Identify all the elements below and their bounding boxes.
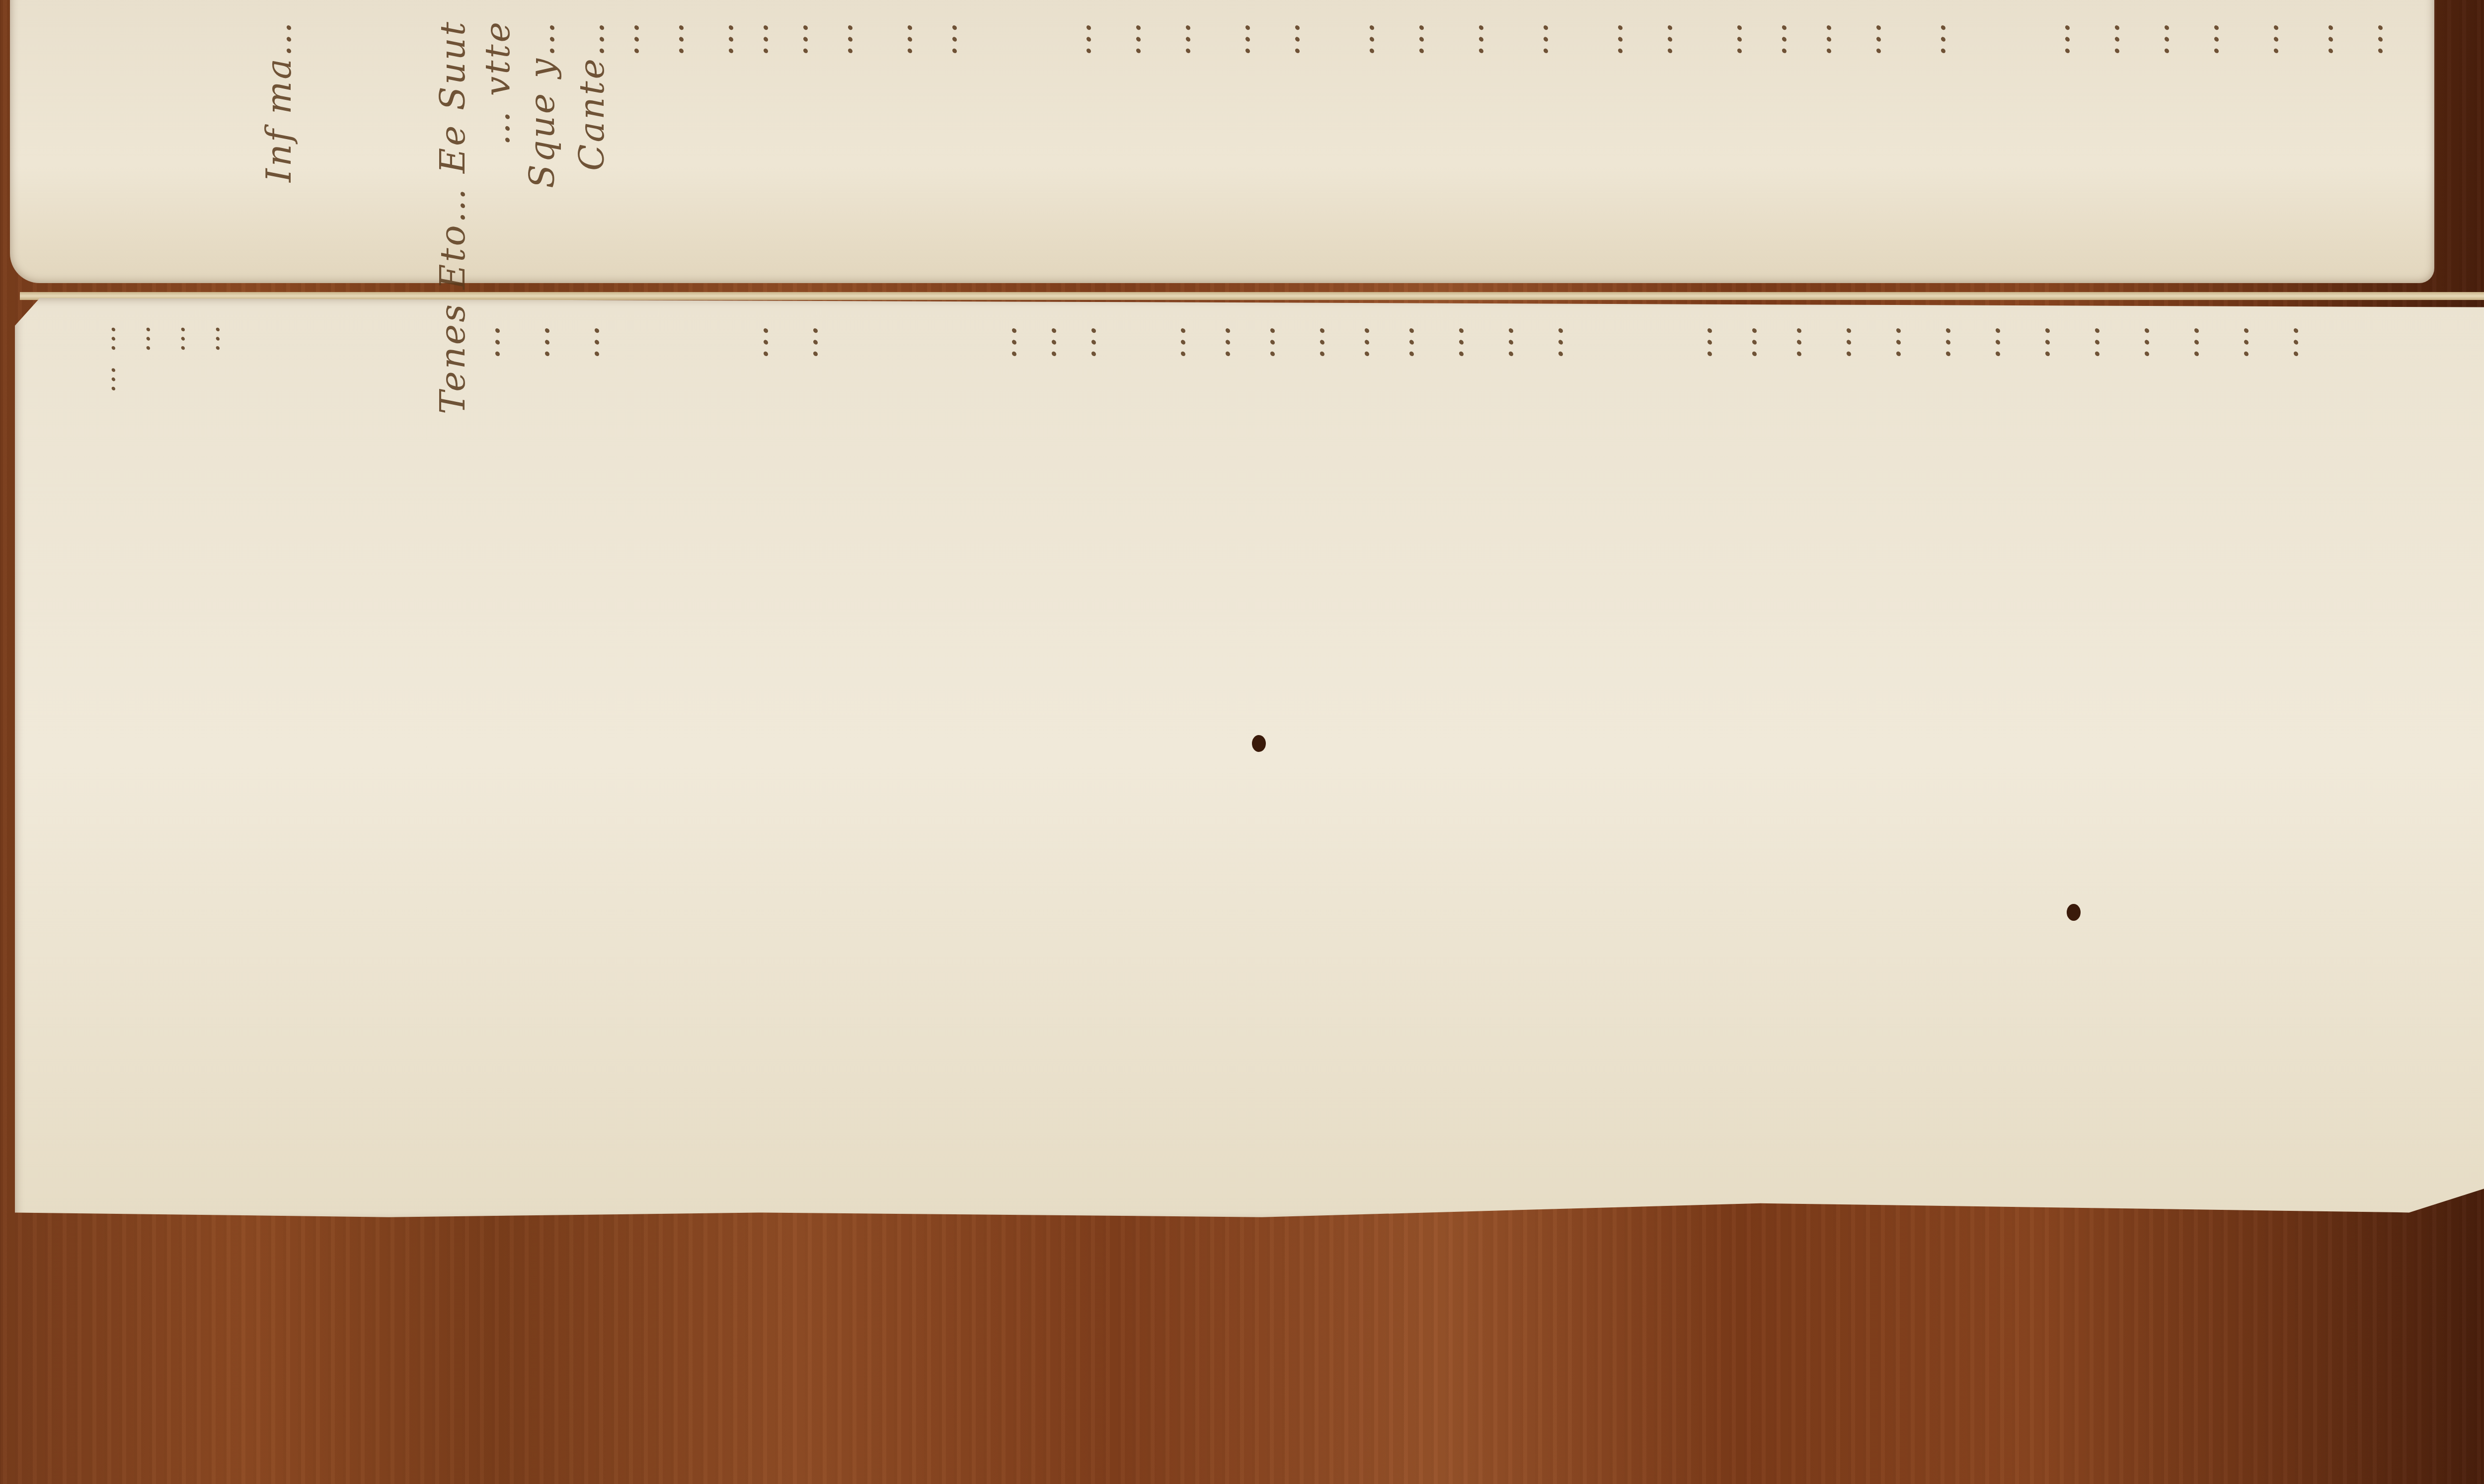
handwritten-line: …: [775, 20, 816, 57]
handwritten-line: …: [517, 323, 557, 360]
handwritten-line: …: [1153, 323, 1193, 360]
handwritten-line: …: [1158, 20, 1198, 57]
handwritten-line: …: [1242, 323, 1283, 360]
handwritten-line: …: [1058, 20, 1099, 57]
handwritten-line: …: [1451, 20, 1491, 57]
handwritten-line: …: [1967, 323, 2008, 360]
handwritten-line: …: [820, 20, 860, 57]
handwritten-line: …: [2186, 20, 2227, 57]
handwritten-line: Sque y…: [522, 20, 562, 188]
handwritten-line: …: [1341, 20, 1382, 57]
handwritten-line: …: [2350, 20, 2391, 57]
worm-hole: [2067, 904, 2081, 921]
handwritten-line: …: [2087, 20, 2127, 57]
manuscript-main-sheet: [15, 298, 2484, 1222]
handwritten-line: …: [2017, 323, 2058, 360]
handwritten-line: …: [467, 323, 508, 360]
handwritten-line: …: [2136, 20, 2177, 57]
handwritten-line: …: [735, 323, 776, 360]
handwritten-line: …: [1108, 20, 1149, 57]
handwritten-line: …: [1217, 20, 1258, 57]
handwritten-line: …: [1515, 20, 1556, 57]
handwritten-line: …: [606, 20, 647, 57]
handwritten-line: …: [2116, 323, 2157, 360]
handwritten-line: …: [1818, 323, 1859, 360]
handwritten-line: …: [785, 323, 826, 360]
handwritten-line: …: [194, 323, 226, 353]
handwritten-line: …: [2300, 20, 2341, 57]
handwritten-line: … vtte: [477, 20, 518, 146]
handwritten-line: …: [1754, 20, 1794, 57]
handwritten-line: …: [1848, 20, 1889, 57]
handwritten-line: …: [1679, 323, 1720, 360]
handwritten-line: …: [1381, 323, 1422, 360]
worm-hole: [1252, 735, 1266, 752]
handwritten-line: …: [1913, 20, 1953, 57]
handwritten-line: …: [1918, 323, 1958, 360]
handwritten-line: …: [924, 20, 965, 57]
handwritten-line: …: [984, 323, 1024, 360]
handwritten-line: …: [1868, 323, 1909, 360]
handwritten-line: …: [2216, 323, 2256, 360]
handwritten-line: …: [2037, 20, 2078, 57]
handwritten-line: …: [2067, 323, 2107, 360]
handwritten-line: …: [1431, 323, 1472, 360]
handwritten-line: …: [1292, 323, 1332, 360]
handwritten-line: …: [1023, 323, 1064, 360]
handwritten-line: Inf ma…: [258, 20, 299, 182]
handwritten-line: …: [1530, 323, 1571, 360]
handwritten-line: …: [1724, 323, 1765, 360]
handwritten-line: …: [1639, 20, 1680, 57]
handwritten-line: …: [1336, 323, 1377, 360]
handwritten-line: …: [1391, 20, 1432, 57]
handwritten-line: …: [1769, 323, 1809, 360]
handwritten-line: …: [1709, 20, 1750, 57]
handwritten-line: …: [2166, 323, 2207, 360]
handwritten-line: …: [1267, 20, 1308, 57]
handwritten-line: …: [566, 323, 607, 360]
handwritten-line: …: [2246, 20, 2286, 57]
handwritten-line: …: [735, 20, 776, 57]
handwritten-line: …: [1063, 323, 1104, 360]
handwritten-line: … …: [89, 323, 122, 393]
paper-fold-crease: [20, 292, 2484, 300]
handwritten-line: …: [1590, 20, 1630, 57]
handwritten-line: …: [2265, 323, 2306, 360]
handwritten-line: …: [651, 20, 692, 57]
handwritten-line: …: [1197, 323, 1238, 360]
handwritten-line: …: [879, 20, 920, 57]
handwritten-line: …: [1798, 20, 1839, 57]
handwritten-line: …: [159, 323, 191, 353]
handwritten-line: …: [124, 323, 156, 353]
handwritten-line: …: [1480, 323, 1521, 360]
